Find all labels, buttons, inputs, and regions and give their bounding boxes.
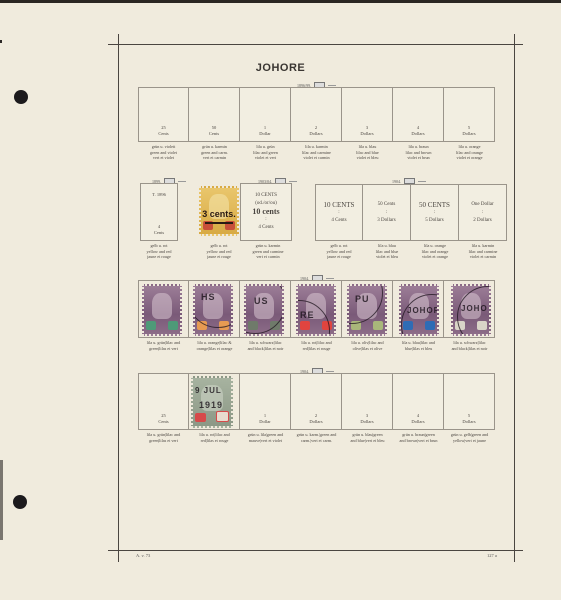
stamp-caption: grün u. karmin green and carm. vert et c…: [189, 144, 240, 161]
stamp-space[interactable]: 4 Dollars: [393, 87, 444, 142]
stamp-space[interactable]: 50 Cents : 3 Dollars: [363, 184, 411, 241]
stamp-caption: lila u. grün|lilac and green|lilas et ve…: [136, 340, 191, 351]
binder-hole-top: [14, 90, 28, 104]
stamp-space[interactable]: One Dollar : 2 Dollars: [459, 184, 507, 241]
stamp-space[interactable]: 4 Dollars: [393, 373, 444, 430]
stamp-space[interactable]: 5 Dollars: [444, 373, 495, 430]
stamp-space[interactable]: 1 Dollar: [240, 87, 291, 142]
edge-mark: [0, 460, 3, 540]
stamp-5c-lilac-olive[interactable]: PU: [347, 284, 387, 336]
stamp-space[interactable]: 3 Dollars: [342, 373, 393, 430]
stamp-caption: gelb u. rot yellow and red jaune et roug…: [315, 243, 363, 260]
stamp-caption: grün u. karmin green and carmine vert et…: [240, 243, 296, 260]
stamp-10c-lilac-black[interactable]: JOHO: [451, 284, 491, 336]
binder-hole-bottom: [13, 495, 27, 509]
stamp-space[interactable]: 10 CENTS (od./or/ou) 10 cents : 4 Cents: [240, 183, 292, 241]
stamp-caption: grün u. lila|green and mauve|vert et vio…: [238, 432, 293, 443]
stamp-space[interactable]: 2 Dollars: [291, 87, 342, 142]
stamp-space[interactable]: 1 Dollar: [240, 373, 291, 430]
stamp-caption: gelb u. rot yellow and red jaune et roug…: [196, 243, 242, 260]
stamp-row-1899: T. 1896 4 Cents: [140, 183, 178, 241]
stamp-space[interactable]: 25 Cents: [138, 87, 189, 142]
stamp-caption: lila u. schwarz|lilac and black|lilas et…: [238, 340, 293, 351]
frame-bottom-line: [108, 550, 523, 551]
stamp-caption: lila u. rot|lilac and red|lilas et rouge: [187, 432, 242, 443]
stamp-space[interactable]: T. 1896 4 Cents: [140, 183, 178, 241]
scan-top-edge: [0, 0, 561, 3]
stamp-caption: grün u. blau|green and blue|vert et bleu: [340, 432, 395, 443]
stamp-caption: lila u. orange lilac and orange violet e…: [411, 243, 459, 260]
postmark: [401, 294, 439, 336]
page-number: 127 a: [487, 553, 497, 558]
stamp-1c-lilac-green[interactable]: [142, 284, 182, 336]
stamp-8c-lilac-blue[interactable]: JOHOR: [399, 284, 439, 336]
stamp-caption: lila u. orange|lilac & orange|lilas et o…: [187, 340, 242, 351]
stamp-caption: lila u. karmin lilac and carmine violet …: [291, 144, 342, 161]
stamp-caption: lila u. blau|lilac and blue|lilas et ble…: [391, 340, 446, 351]
stamp-caption: lila u. blau lilac and blue violet et bl…: [342, 144, 393, 161]
stamp-caption: lila u. blau lilac and blue violet et bl…: [363, 243, 411, 260]
edge-mark: [0, 40, 2, 43]
stamp-caption: lila u. braun lilac and brown violet et …: [393, 144, 444, 161]
stamp-space[interactable]: 50 Cents: [189, 87, 240, 142]
postmark: 9 JUL: [195, 386, 222, 395]
page-title: JOHORE: [0, 62, 561, 74]
stamp-space[interactable]: 10 CENTS : 4 Cents: [315, 184, 363, 241]
stamp-caption: lila u. schwarz|lilac and black|lilas et…: [442, 340, 497, 351]
stamp-50c-green-red[interactable]: 9 JUL 1919: [191, 376, 233, 428]
stamp-caption: grün u. gelb|green and yellow|vert et ja…: [442, 432, 497, 443]
stamp-3c-lilac-black[interactable]: US: [244, 284, 284, 336]
stamp-caption: lila u. oliv|lilac and olive|lilas et ol…: [340, 340, 395, 351]
stamp-space[interactable]: 3 Dollars: [342, 87, 393, 142]
stamp-caption: lila u. grün lilac and green violet et v…: [240, 144, 291, 161]
stamp-3c-on-4c-yellow[interactable]: 3 cents.: [199, 186, 239, 236]
stamp-space[interactable]: 5 Dollars: [444, 87, 495, 142]
stamp-caption: lila u. rot|lilac and red|lilas et rouge: [289, 340, 344, 351]
stamp-caption: grün u. braun|green and brown|vert et br…: [391, 432, 446, 443]
postmark: [193, 284, 233, 328]
stamp-space[interactable]: 50 CENTS : 5 Dollars: [411, 184, 459, 241]
frame-left-line: [118, 34, 119, 562]
stamp-caption: lila u. grün|lilac and green|lilas et ve…: [136, 432, 191, 443]
frame-right-line: [514, 34, 515, 562]
stamp-caption: grün u. karm.|green and carm.|vert et ca…: [289, 432, 344, 443]
stamp-space[interactable]: 2 Dollars: [291, 373, 342, 430]
stamp-row-1896: 25 Cents 50 Cents 1 Dollar 2 Dollars 3 D…: [138, 87, 495, 142]
page-footer-code: A. v. 73: [136, 553, 150, 558]
stamp-2c-lilac-orange[interactable]: HS: [193, 284, 233, 336]
stamp-space[interactable]: 25 Cents: [138, 373, 189, 430]
stamp-caption: lila u. karmin lilac and carmine violet …: [459, 243, 507, 260]
stamp-row-1904-surcharges: 10 CENTS : 4 Cents 50 Cents : 3 Dollars …: [315, 184, 507, 241]
stamp-caption: lila u. orange lilac and orange violet e…: [444, 144, 495, 161]
stamp-caption: grün u. violett green and violet vert et…: [138, 144, 189, 161]
postmark: [347, 284, 383, 324]
stamp-caption: gelb u. rot yellow and red jaune et roug…: [134, 243, 184, 260]
stamp-4c-lilac-red[interactable]: RE: [296, 284, 336, 336]
frame-top-line: [108, 44, 523, 45]
surcharge-overprint: 3 cents.: [201, 209, 237, 219]
